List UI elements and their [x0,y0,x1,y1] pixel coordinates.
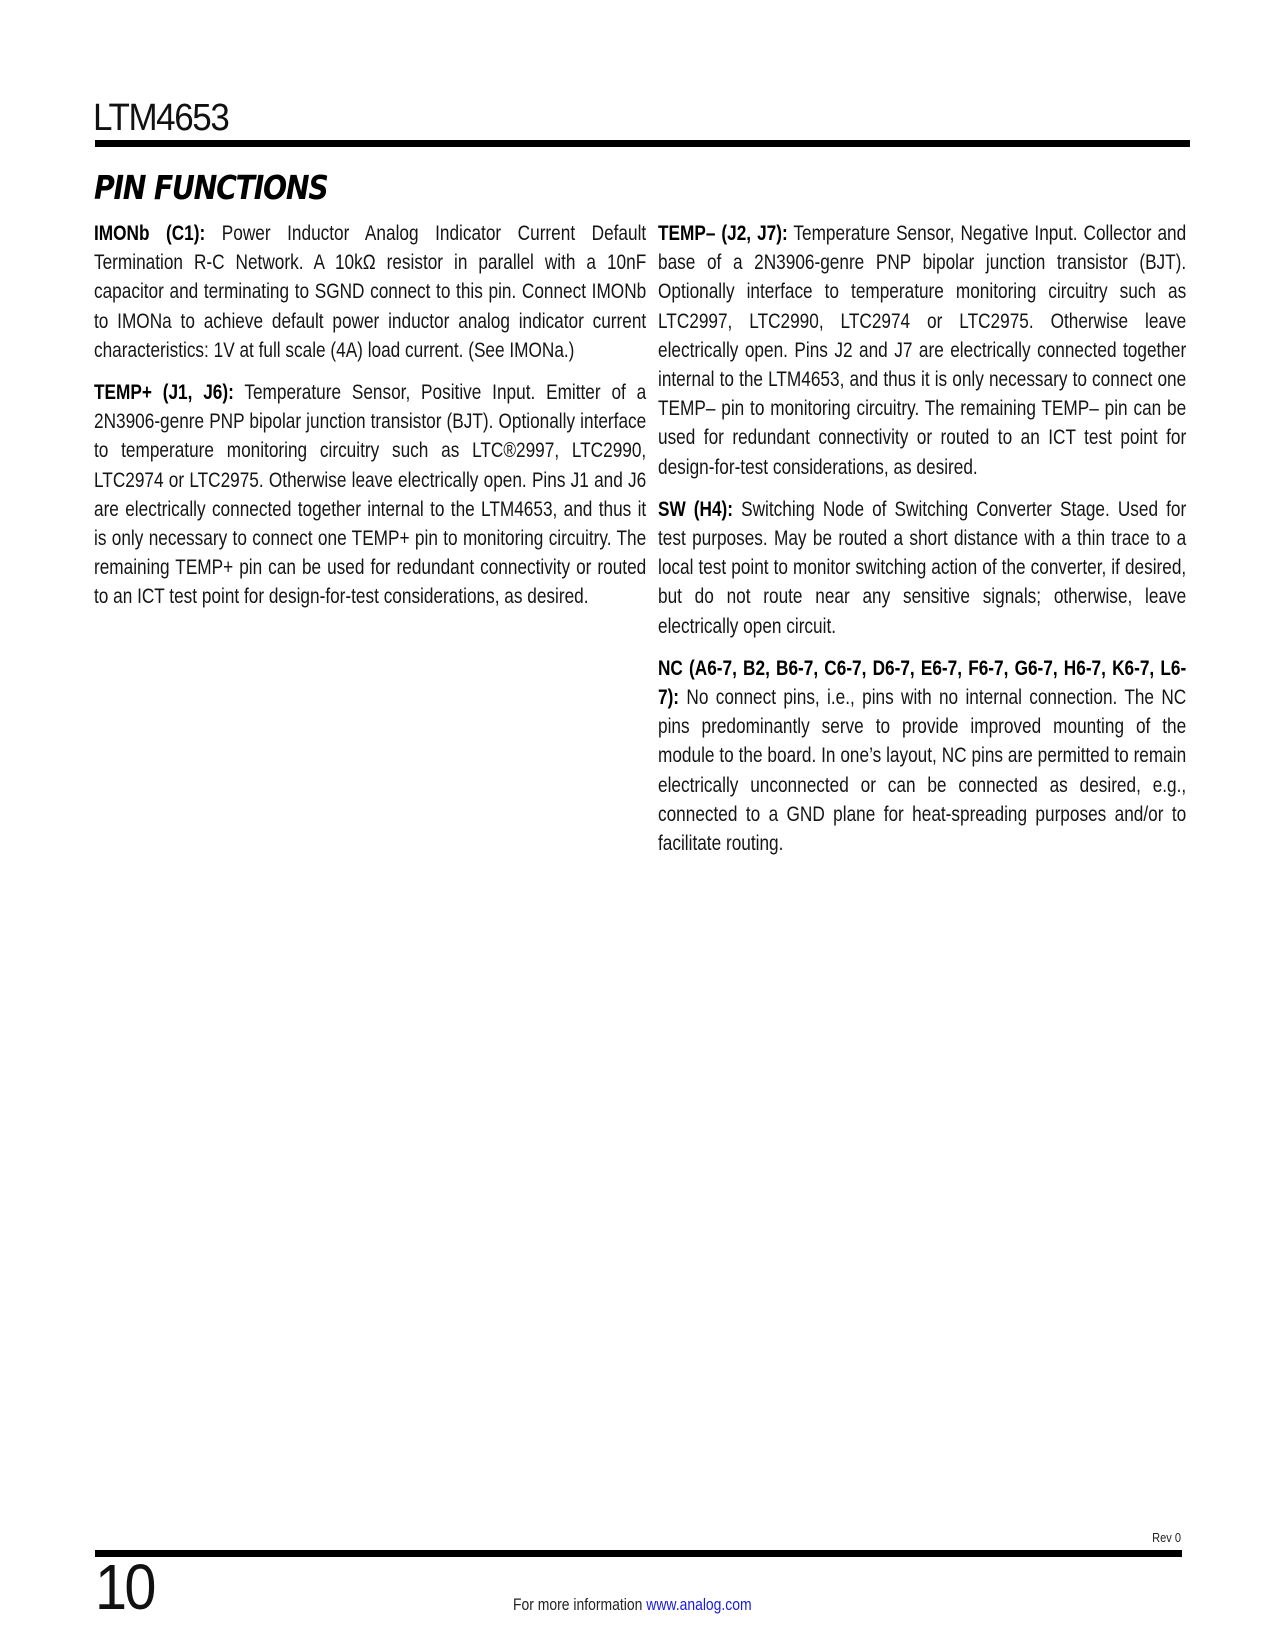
page-number: 10 [95,1553,154,1621]
left-column-content: IMONb (C1): Power Inductor Analog Indica… [94,219,646,612]
pin-text: Switching Node of Switching Converter St… [658,498,1186,638]
pin-description-temp-plus: TEMP+ (J1, J6): Temperature Sensor, Posi… [94,378,646,612]
footer-info: For more information www.analog.com [513,1595,752,1615]
left-column: IMONb (C1): Power Inductor Analog Indica… [94,219,646,625]
footer-info-text: For more information [513,1595,642,1614]
pin-text: Temperature Sensor, Negative Input. Coll… [658,222,1186,479]
pin-description-temp-minus: TEMP– (J2, J7): Temperature Sensor, Nega… [658,219,1186,482]
pin-name: SW (H4): [658,498,733,521]
section-title: Pin Functions [94,168,327,208]
document-title: LTM4653 [93,96,228,140]
pin-text: No connect pins, i.e., pins with no inte… [658,686,1186,855]
revision-label: Rev 0 [1152,1530,1181,1545]
footer-rule [95,1550,1182,1557]
pin-text: Temperature Sensor, Positive Input. Emit… [94,381,646,608]
pin-name: IMONb (C1): [94,222,205,245]
pin-name: TEMP+ (J1, J6): [94,381,234,404]
pin-description-sw: SW (H4): Switching Node of Switching Con… [658,495,1186,641]
right-column-content: TEMP– (J2, J7): Temperature Sensor, Nega… [658,219,1186,858]
analog-website-link[interactable]: www.analog.com [646,1595,751,1614]
right-column: TEMP– (J2, J7): Temperature Sensor, Nega… [658,219,1186,871]
pin-description-nc: NC (A6-7, B2, B6-7, C6-7, D6-7, E6-7, F6… [658,654,1186,858]
pin-description-imonb: IMONb (C1): Power Inductor Analog Indica… [94,219,646,365]
header-rule [95,140,1190,147]
pin-name: TEMP– (J2, J7): [658,222,788,245]
